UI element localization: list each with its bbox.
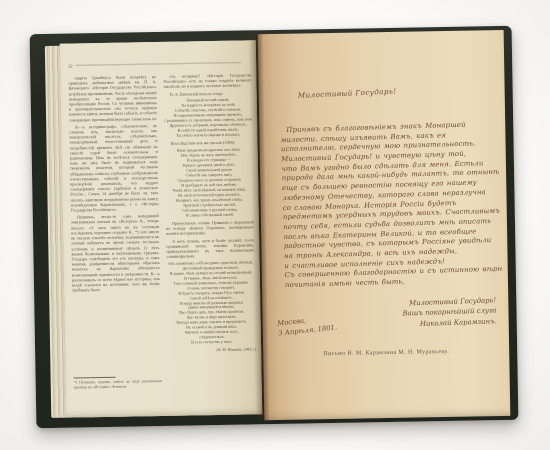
- letter-body: Принявъ съ благоговѣніемъ знакъ Монаршей…: [280, 120, 503, 291]
- book: 32∞∞∞∞∞∞∞∞∞∞∞∞∞∞∞∞∞∞∞∞∞∞∞∞∞∞∞∞∞∞∞∞∞∞∞∞∞∞…: [30, 26, 519, 428]
- right-page: Милостивый Государь! Принявъ съ благогов…: [258, 30, 511, 420]
- letter-salutation: Милостивый Государь!: [298, 87, 397, 100]
- footnote-rule: [74, 377, 116, 379]
- page-number: 32: [68, 63, 73, 68]
- right-text-column: отъ историка? «Исторія Государства Россі…: [163, 72, 256, 369]
- letter-signature: Милостивый Государь!Вашъ покорнѣйшій слу…: [402, 295, 497, 329]
- book-photo: 32∞∞∞∞∞∞∞∞∞∞∞∞∞∞∞∞∞∞∞∞∞∞∞∞∞∞∞∞∞∞∞∞∞∞∞∞∞∞…: [0, 0, 550, 450]
- left-page: 32∞∞∞∞∞∞∞∞∞∞∞∞∞∞∞∞∞∞∞∞∞∞∞∞∞∞∞∞∞∞∞∞∞∞∞∞∞∞…: [60, 40, 262, 417]
- footnote-text: *) Пушкинъ, видимо, имѣлъ въ виду рукопи…: [74, 379, 162, 390]
- letter-dateline: Москва,3 Апрѣля, 1801.: [277, 313, 338, 338]
- plate-caption: Письмо Н. М. Карамзина М. Н. Муравьеву.: [263, 348, 509, 358]
- text-columns: защита Грамбеуса были позднѣе), но приве…: [68, 72, 256, 371]
- page-header: 32∞∞∞∞∞∞∞∞∞∞∞∞∞∞∞∞∞∞∞∞∞∞∞∞∞∞∞∞∞∞∞∞∞∞∞∞∞∞…: [68, 60, 250, 71]
- ornament-band: ∞∞∞∞∞∞∞∞∞∞∞∞∞∞∞∞∞∞∞∞∞∞∞∞∞∞∞∞∞∞∞∞∞∞∞∞∞∞∞∞…: [76, 61, 241, 68]
- left-text-column: защита Грамбеуса были позднѣе), но приве…: [68, 74, 161, 371]
